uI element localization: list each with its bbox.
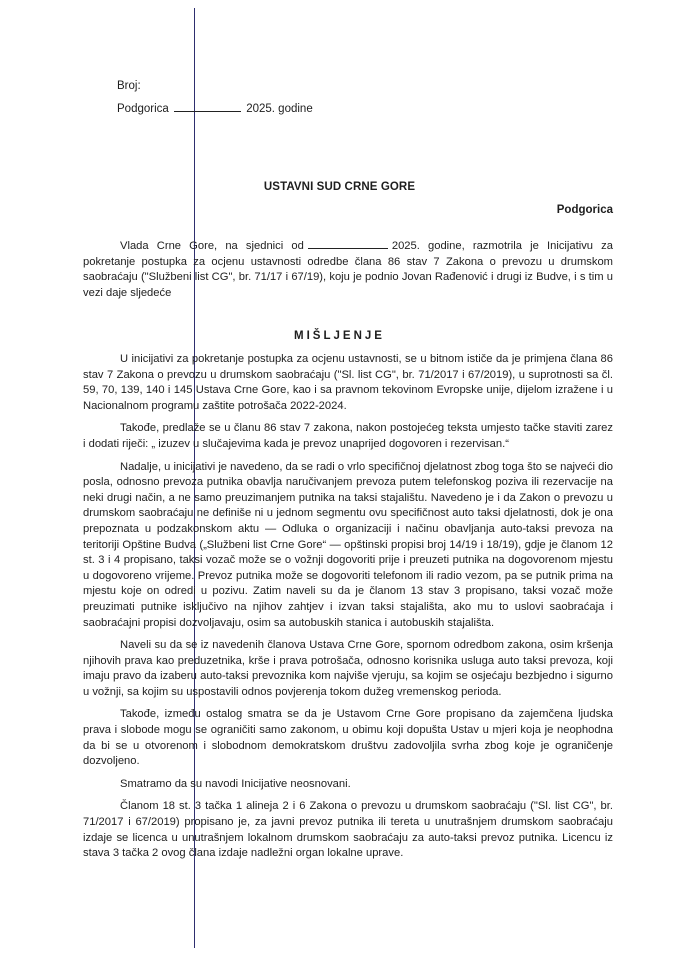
paragraph-initiative-summary: U inicijativi za pokretanje postupka za … <box>83 352 613 414</box>
addressee-court: USTAVNI SUD CRNE GORE <box>0 181 679 193</box>
paragraph-licence-article: Članom 18 st. 3 tačka 1 alineja 2 i 6 Za… <box>83 799 613 861</box>
date-suffix: 2025. godine <box>246 103 313 115</box>
document-number-line: Broj: <box>117 79 141 93</box>
paragraph-conclusion: Smatramo da su navodi Inicijative neosno… <box>83 777 613 793</box>
place-label: Podgorica <box>117 103 169 115</box>
opinion-heading: MIŠLJENJE <box>0 330 679 342</box>
number-label: Broj: <box>117 80 141 92</box>
document-page: Broj: Podgorica 2025. godine USTAVNI SUD… <box>0 0 679 960</box>
date-blank-field <box>174 101 241 112</box>
intro-paragraph: Vlada Crne Gore, na sjednici od2025. god… <box>83 238 613 301</box>
paragraph-constitutional-limits: Takođe, između ostalog smatra se da je U… <box>83 707 613 769</box>
opinion-body: U inicijativi za pokretanje postupka za … <box>83 352 613 869</box>
session-date-blank <box>308 238 388 249</box>
paragraph-proposal: Takođe, predlaže se u članu 86 stav 7 za… <box>83 421 613 452</box>
paragraph-specific-activity: Nadalje, u inicijativi je navedeno, da s… <box>83 460 613 632</box>
addressee-city: Podgorica <box>557 204 613 216</box>
place-date-line: Podgorica 2025. godine <box>117 101 313 116</box>
paragraph-rights-violation: Naveli su da se iz navedenih članova Ust… <box>83 638 613 700</box>
intro-part-1: Vlada Crne Gore, na sjednici od <box>120 240 304 252</box>
